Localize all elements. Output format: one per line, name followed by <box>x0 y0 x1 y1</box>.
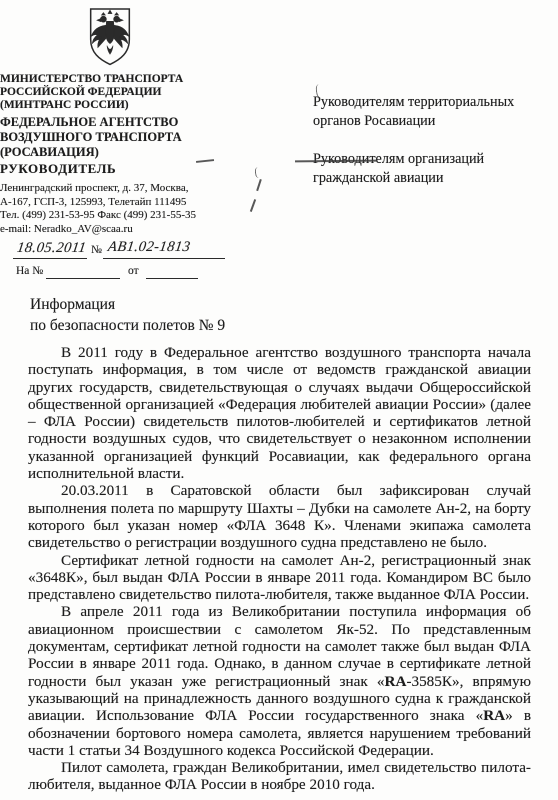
registration-prefix-bold: RA <box>483 707 505 724</box>
outgoing-date-handwritten: 18.05.2011 <box>16 240 88 257</box>
addressee-line: гражданской авиации <box>313 169 553 188</box>
reply-date-blank <box>146 278 198 279</box>
subject-line: Информация <box>30 294 225 315</box>
body-paragraph: Сертификат летной годности на самолет Ан… <box>28 552 531 604</box>
pen-mark-paren <box>254 167 262 179</box>
coat-of-arms-icon <box>84 7 136 67</box>
address-line: А-167, ГСП-3, 125993, Телетайп 111495 <box>0 196 248 210</box>
ministry-name-block: МИНИСТЕРСТВО ТРАНСПОРТА РОССИЙСКОЙ ФЕДЕР… <box>0 73 240 112</box>
document-page: МИНИСТЕРСТВО ТРАНСПОРТА РОССИЙСКОЙ ФЕДЕР… <box>0 0 558 800</box>
agency-name-block: ФЕДЕРАЛЬНОЕ АГЕНТСТВО ВОЗДУШНОГО ТРАНСПО… <box>0 115 240 160</box>
addressee-line: органов Росавиации <box>313 112 553 131</box>
body-paragraph: В апреле 2011 года из Великобритании пос… <box>28 603 531 759</box>
subject-line: по безопасности полетов № 9 <box>30 315 225 336</box>
date-underline <box>13 258 87 259</box>
paragraph-text: Сертификат летной годности на самолет Ан… <box>28 552 531 604</box>
address-line: e-mail: Neradko_AV@scaa.ru <box>0 223 248 237</box>
address-line: Тел. (499) 231-53-95 Факс (499) 231-55-3… <box>0 209 248 223</box>
sender-address-block: Ленинградский проспект, д. 37, Москва, А… <box>0 182 248 236</box>
subject-title: Информация по безопасности полетов № 9 <box>30 294 225 336</box>
registration-prefix-bold: RA <box>385 673 407 690</box>
agency-line: ФЕДЕРАЛЬНОЕ АГЕНТСТВО <box>0 115 240 130</box>
outgoing-number-handwritten: АВ1.02-1813 <box>107 239 192 256</box>
letter-body: В 2011 году в Федеральное агентство возд… <box>28 344 531 794</box>
pen-mark-slash <box>250 199 256 212</box>
reply-number-blank <box>46 278 120 279</box>
ministry-line: РОССИЙСКОЙ ФЕДЕРАЦИИ <box>0 86 240 99</box>
ministry-line: (МИНТРАНС РОССИИ) <box>0 99 240 112</box>
pen-mark-slash <box>256 179 261 191</box>
body-paragraph: 20.03.2011 в Саратовской области был заф… <box>28 482 531 551</box>
ministry-line: МИНИСТЕРСТВО ТРАНСПОРТА <box>0 73 240 86</box>
addressee-line: Руководителям территориальных <box>313 93 553 112</box>
addressee-civil-aviation-orgs: Руководителям организаций гражданской ав… <box>313 150 553 188</box>
number-underline <box>103 258 225 259</box>
reply-to-number-label: На № <box>16 265 43 277</box>
paragraph-text: 20.03.2011 в Саратовской области был заф… <box>28 482 531 551</box>
paragraph-text: В 2011 году в Федеральное агентство возд… <box>28 344 531 482</box>
number-sign-label: № <box>91 244 102 256</box>
reply-from-label: от <box>128 265 139 277</box>
paragraph-text: Пилот самолета, граждан Великобритании, … <box>28 759 531 793</box>
agency-line: (РОСАВИАЦИЯ) <box>0 145 240 160</box>
agency-line: ВОЗДУШНОГО ТРАНСПОРТА <box>0 130 240 145</box>
body-paragraph: В 2011 году в Федеральное агентство возд… <box>28 344 531 482</box>
addressee-territorial-bodies: Руководителям территориальных органов Ро… <box>313 93 553 131</box>
address-line: Ленинградский проспект, д. 37, Москва, <box>0 182 248 196</box>
body-paragraph: Пилот самолета, граждан Великобритании, … <box>28 759 531 794</box>
sender-position-title: РУКОВОДИТЕЛЬ <box>0 161 240 177</box>
pen-mark-paren <box>315 84 325 99</box>
